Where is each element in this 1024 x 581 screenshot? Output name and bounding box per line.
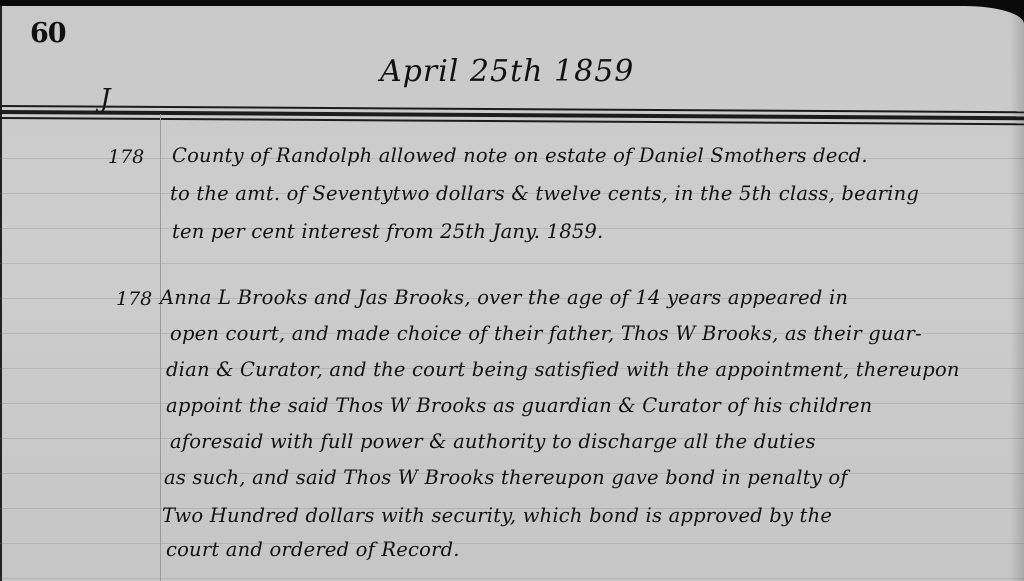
- date-heading: April 25th 1859: [380, 54, 634, 89]
- entry-line: appoint the said Thos W Brooks as guardi…: [166, 394, 872, 417]
- page-shadow: [1010, 6, 1024, 581]
- entry-line: open court, and made choice of their fat…: [170, 322, 922, 345]
- folio-mark: J: [100, 84, 110, 114]
- entry-line: Anna L Brooks and Jas Brooks, over the a…: [160, 286, 848, 309]
- entry-line: court and ordered of Record.: [166, 538, 460, 561]
- ledger-page: 60 J April 25th 1859 178 County of Rando…: [0, 6, 1024, 581]
- entry-line: ten per cent interest from 25th Jany. 18…: [172, 220, 603, 243]
- page-number: 60: [30, 18, 66, 49]
- entry-line: aforesaid with full power & authority to…: [170, 430, 816, 453]
- entry-line: as such, and said Thos W Brooks thereupo…: [164, 466, 848, 489]
- entry-line: County of Randolph allowed note on estat…: [172, 144, 868, 167]
- entry-line: Two Hundred dollars with security, which…: [162, 504, 832, 527]
- margin-line: [160, 114, 161, 581]
- entry-line: to the amt. of Seventytwo dollars & twel…: [170, 182, 919, 205]
- entry-number: 178: [116, 288, 152, 310]
- entry-number: 178: [108, 146, 144, 168]
- entry-line: dian & Curator, and the court being sati…: [166, 358, 960, 381]
